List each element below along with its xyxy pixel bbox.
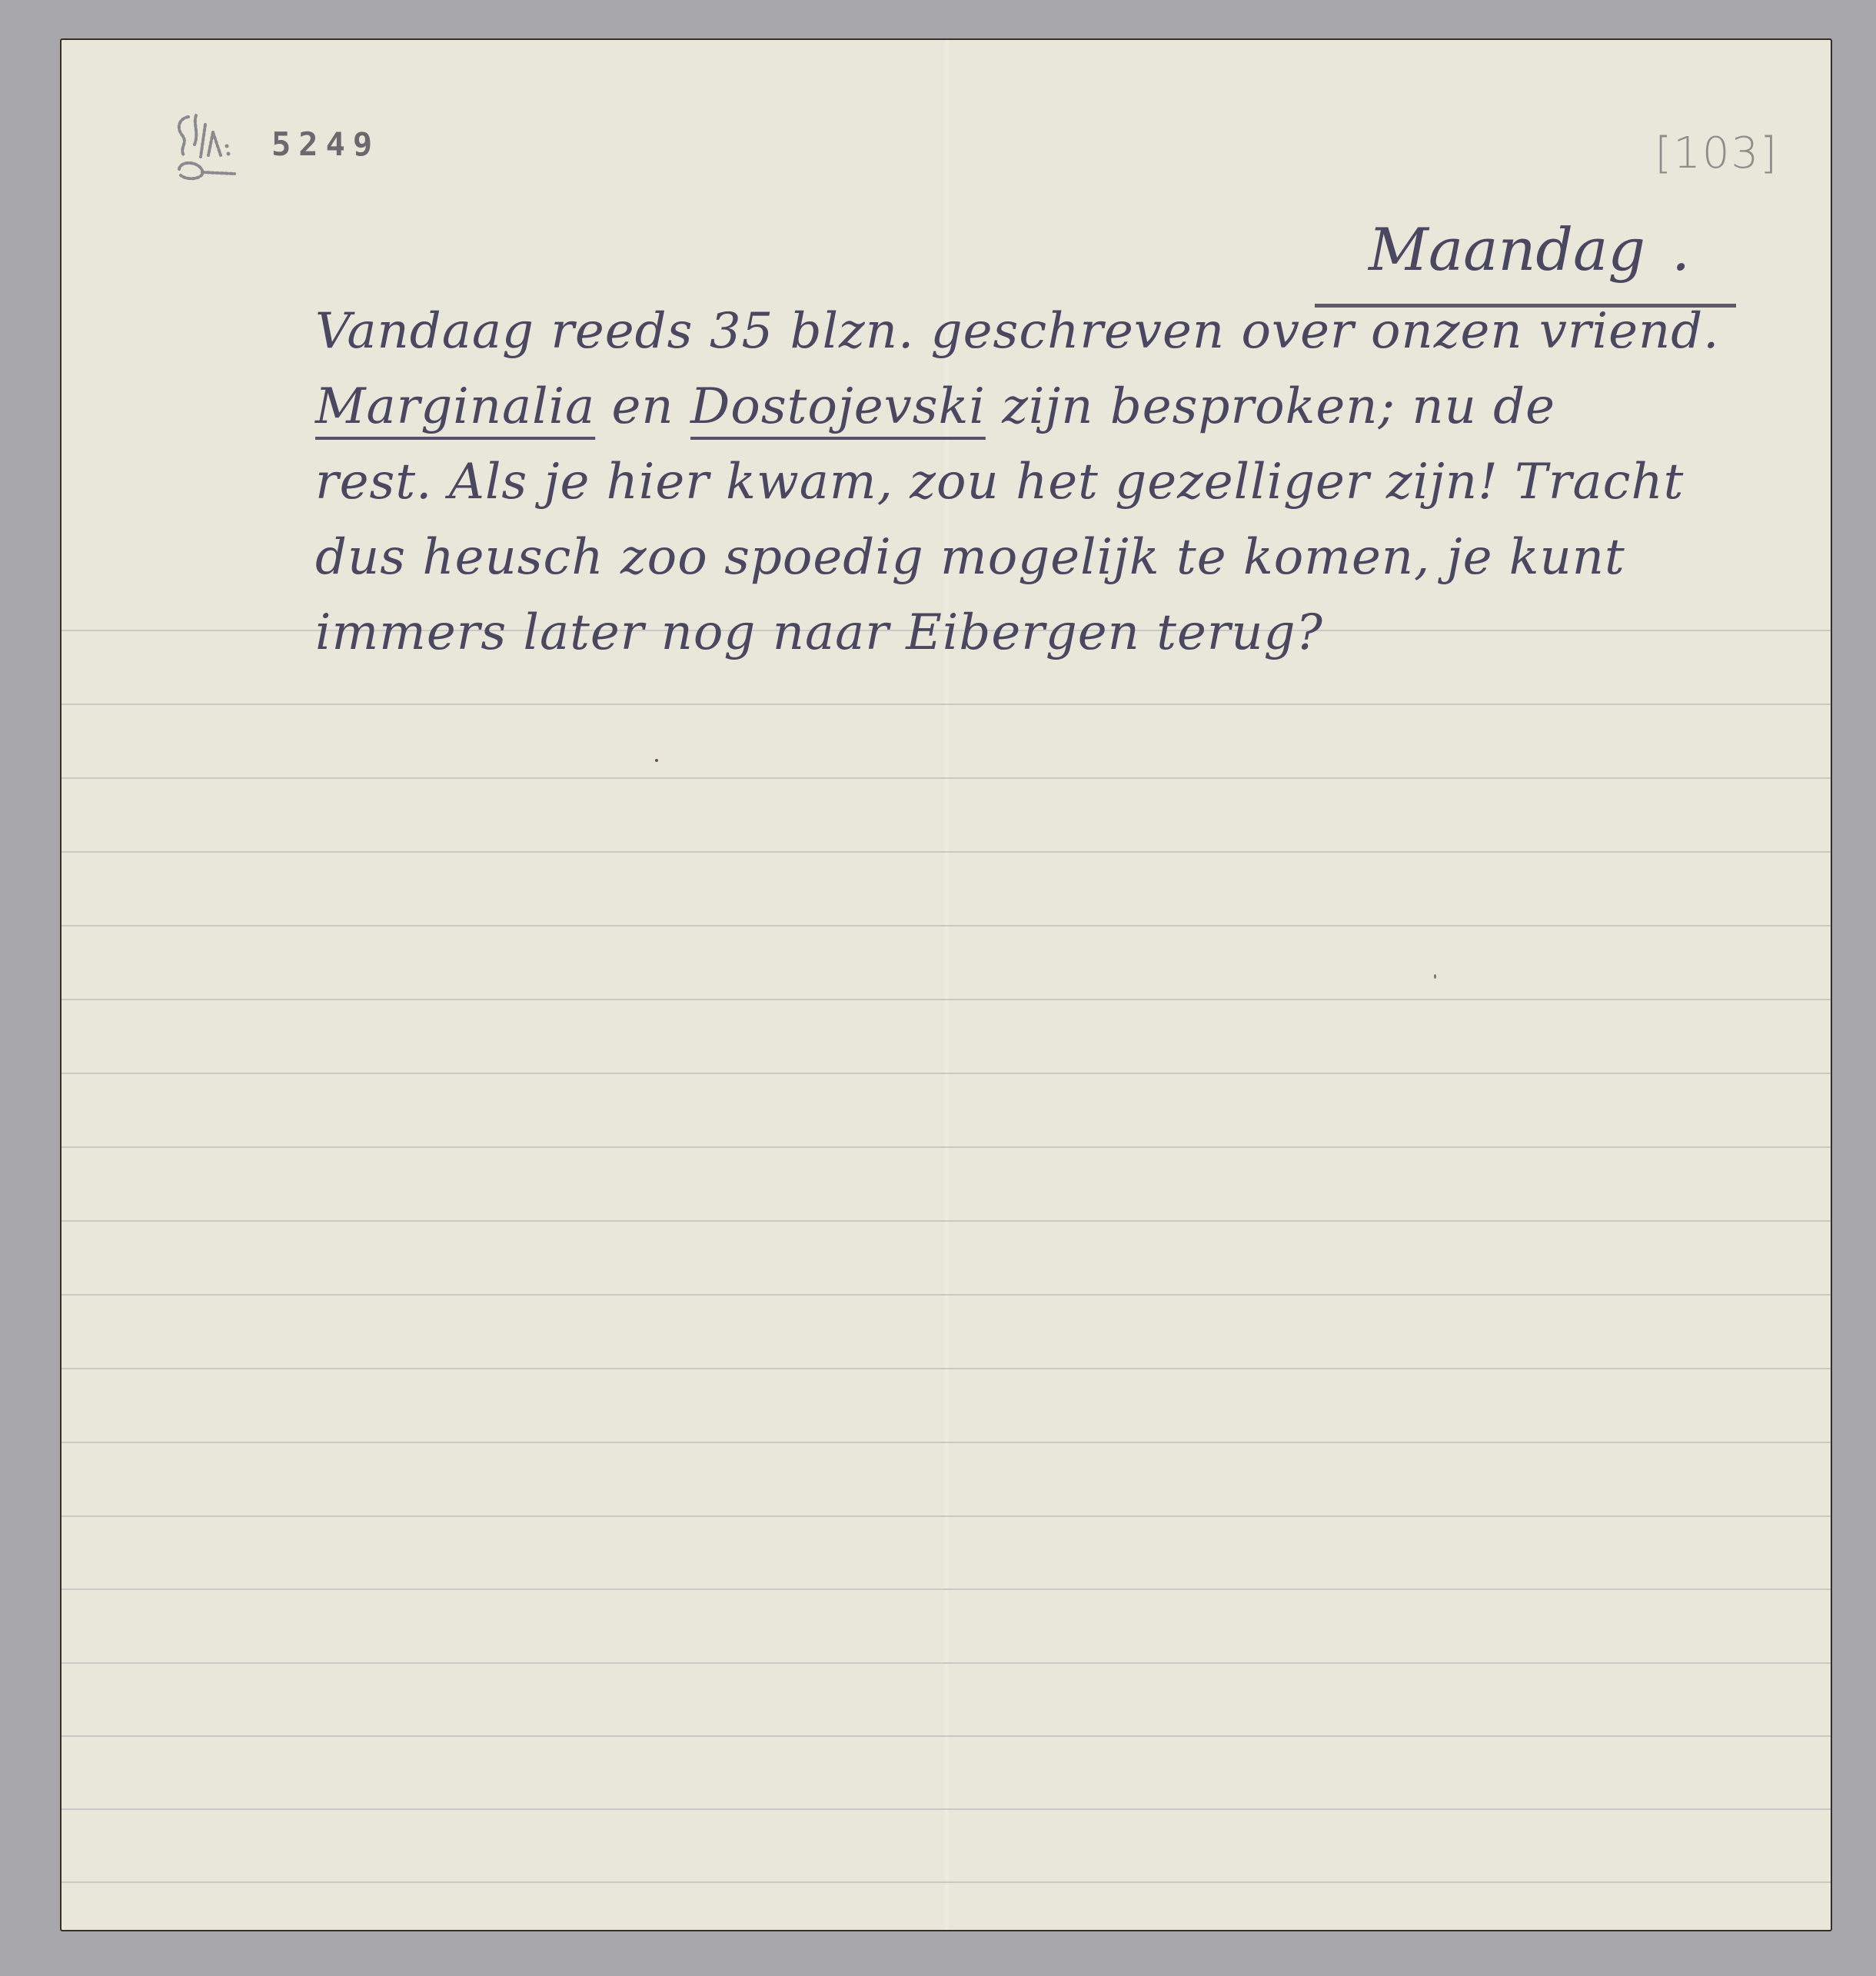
ruled-line (62, 704, 1831, 705)
paper-speck (1434, 974, 1436, 979)
ruled-line (62, 1294, 1831, 1296)
body-line-1: Vandaag reeds 35 blzn. geschreven over o… (315, 294, 1814, 369)
folio-number: [103] (1655, 128, 1778, 178)
ruled-line (62, 1368, 1831, 1369)
ruled-line (62, 1442, 1831, 1443)
ruled-line (62, 777, 1831, 779)
date-heading-period: . (1671, 215, 1690, 284)
title-marginalia: Marginalia (315, 378, 595, 435)
body-line-4: dus heusch zoo spoedig mogelijk te komen… (315, 520, 1814, 595)
ruled-line (62, 1662, 1831, 1664)
letter-page: 5249 [103] Maandag. Vandaag reeds 35 blz… (60, 38, 1832, 1931)
ruled-line (62, 1220, 1831, 1222)
date-heading-text: Maandag (1369, 215, 1645, 284)
ruled-line (62, 1808, 1831, 1810)
ruled-line (62, 1073, 1831, 1074)
body-line-5: immers later nog naar Eibergen terug? (315, 595, 1814, 670)
archive-number: 5249 (271, 125, 380, 163)
ruled-line (62, 1515, 1831, 1517)
body-text-segment: zijn besproken; nu de (986, 378, 1555, 435)
ruled-line (62, 1735, 1831, 1737)
ruled-line (62, 999, 1831, 1000)
ruled-line (62, 1146, 1831, 1148)
ruled-line (62, 1588, 1831, 1590)
library-monogram-stamp-icon (165, 101, 250, 186)
body-line-3: rest. Als je hier kwam, zou het gezellig… (315, 444, 1814, 520)
paper-speck (655, 759, 658, 762)
body-line-2: Marginalia en Dostojevski zijn besproken… (315, 369, 1814, 444)
ruled-line (62, 925, 1831, 926)
body-text-segment: en (595, 378, 690, 435)
ruled-line (62, 1881, 1831, 1883)
title-dostojevski: Dostojevski (690, 378, 986, 435)
letter-body: Vandaag reeds 35 blzn. geschreven over o… (315, 294, 1814, 670)
archive-stamp: 5249 (165, 101, 380, 186)
ruled-line (62, 851, 1831, 853)
